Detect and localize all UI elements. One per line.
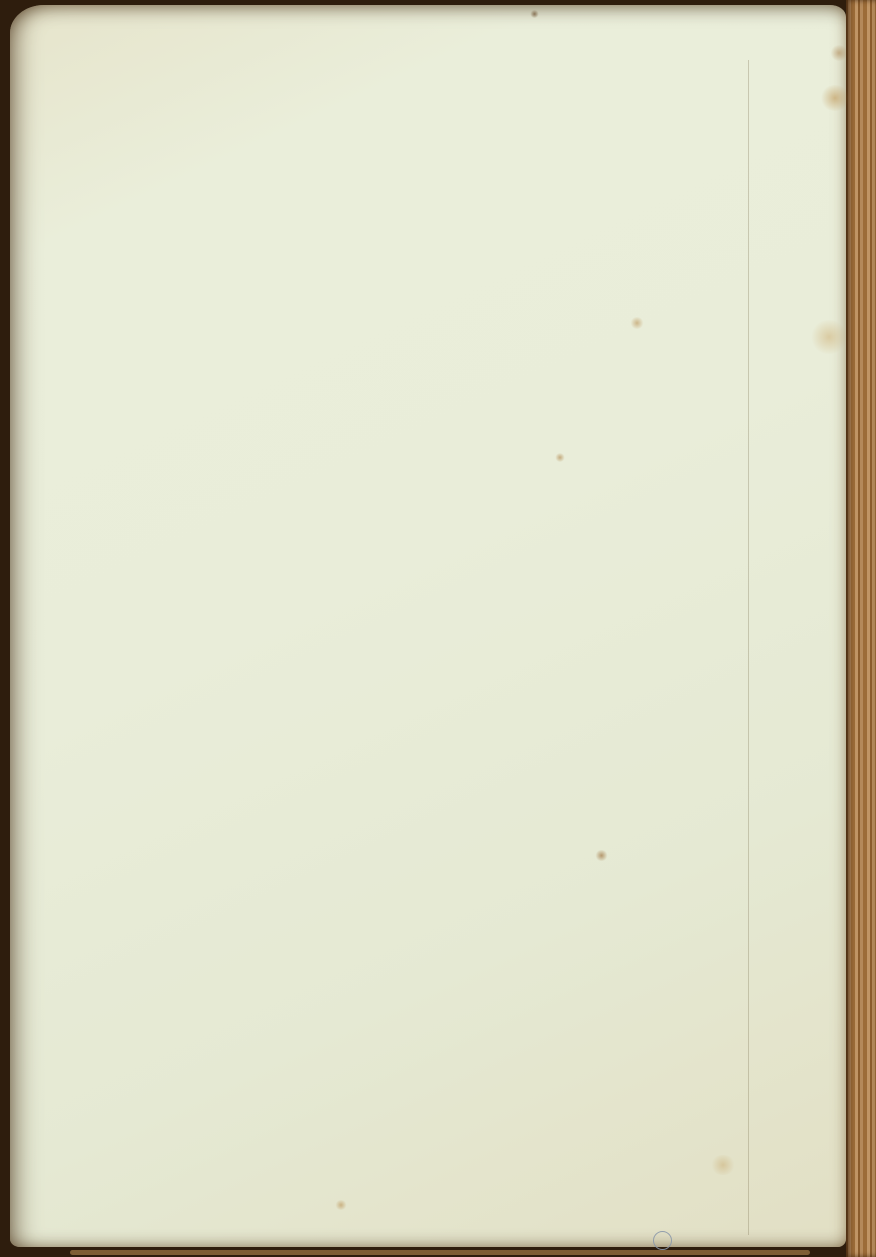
foxing-spot xyxy=(595,850,608,861)
foxing-spot xyxy=(555,453,565,462)
margin-fold-line xyxy=(748,60,749,1235)
foxing-spot xyxy=(810,320,848,354)
library-stamp xyxy=(653,1231,677,1250)
manuscript-page xyxy=(10,5,846,1247)
foxing-spot xyxy=(710,1155,736,1175)
foxing-spot xyxy=(820,85,850,111)
foxing-spot xyxy=(335,1200,347,1210)
bottom-page-edge xyxy=(70,1250,810,1255)
foxing-spot xyxy=(830,45,848,61)
book-fore-edge xyxy=(846,0,876,1257)
foxing-spot xyxy=(630,317,644,329)
stamp-monogram-icon xyxy=(653,1231,672,1250)
foxing-spot xyxy=(530,10,539,18)
